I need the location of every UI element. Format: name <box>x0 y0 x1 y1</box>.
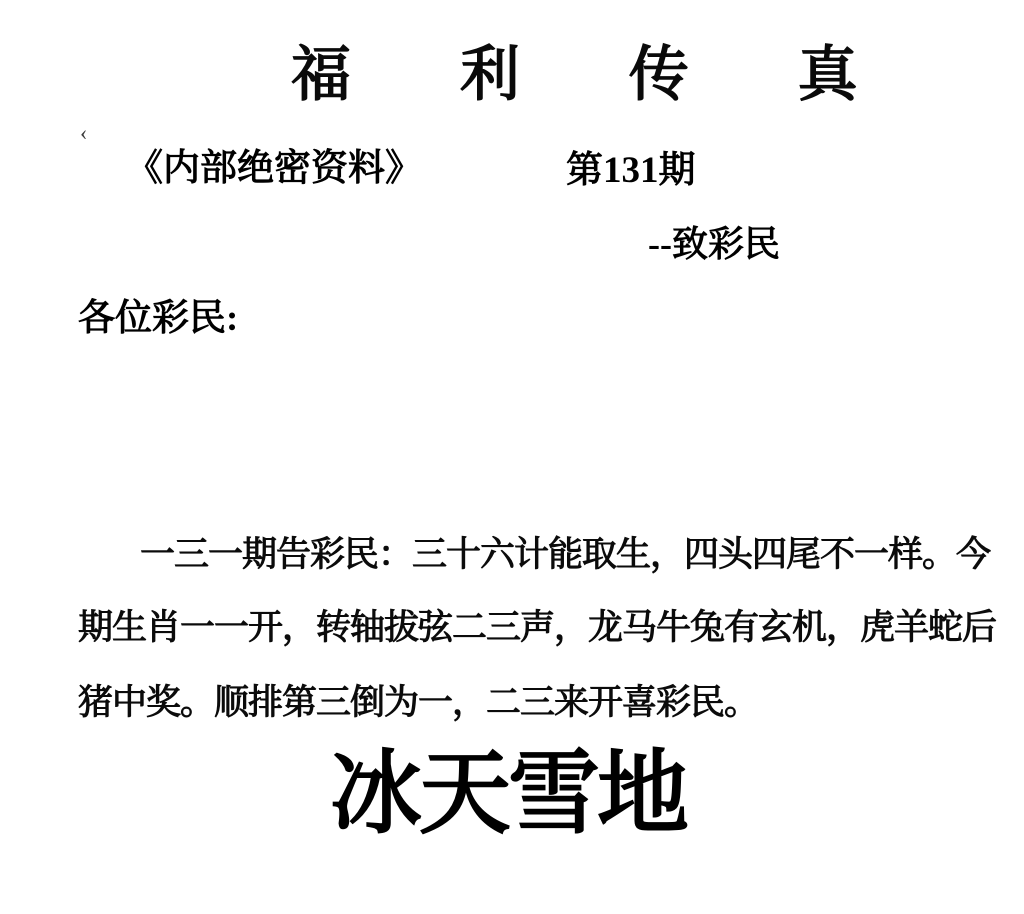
paragraph-line-1: 一三一期告彩民：三十六计能取生，四头四尾不一样。今 <box>78 534 990 576</box>
dedication-line: --致彩民 <box>648 224 780 265</box>
salutation: 各位彩民: <box>78 298 238 341</box>
paragraph-line-3: 猪中奖。顺排第三倒为一，二三来开喜彩民。 <box>78 682 758 724</box>
classification-label: 《内部绝密资料》 <box>126 148 422 191</box>
document-title: 福 利 传 真 <box>291 44 902 107</box>
scan-artifact-mark: ‹ <box>80 120 87 146</box>
document-page: 福 利 传 真 ‹ 《内部绝密资料》 第131期 --致彩民 各位彩民: 一三一… <box>0 0 1024 914</box>
issue-number: 第131期 <box>566 150 696 193</box>
headline-phrase: 冰天雪地 <box>330 744 686 845</box>
paragraph-line-2: 期生肖一一开，转轴拔弦二三声，龙马牛兔有玄机，虎羊蛇后 <box>78 607 996 649</box>
